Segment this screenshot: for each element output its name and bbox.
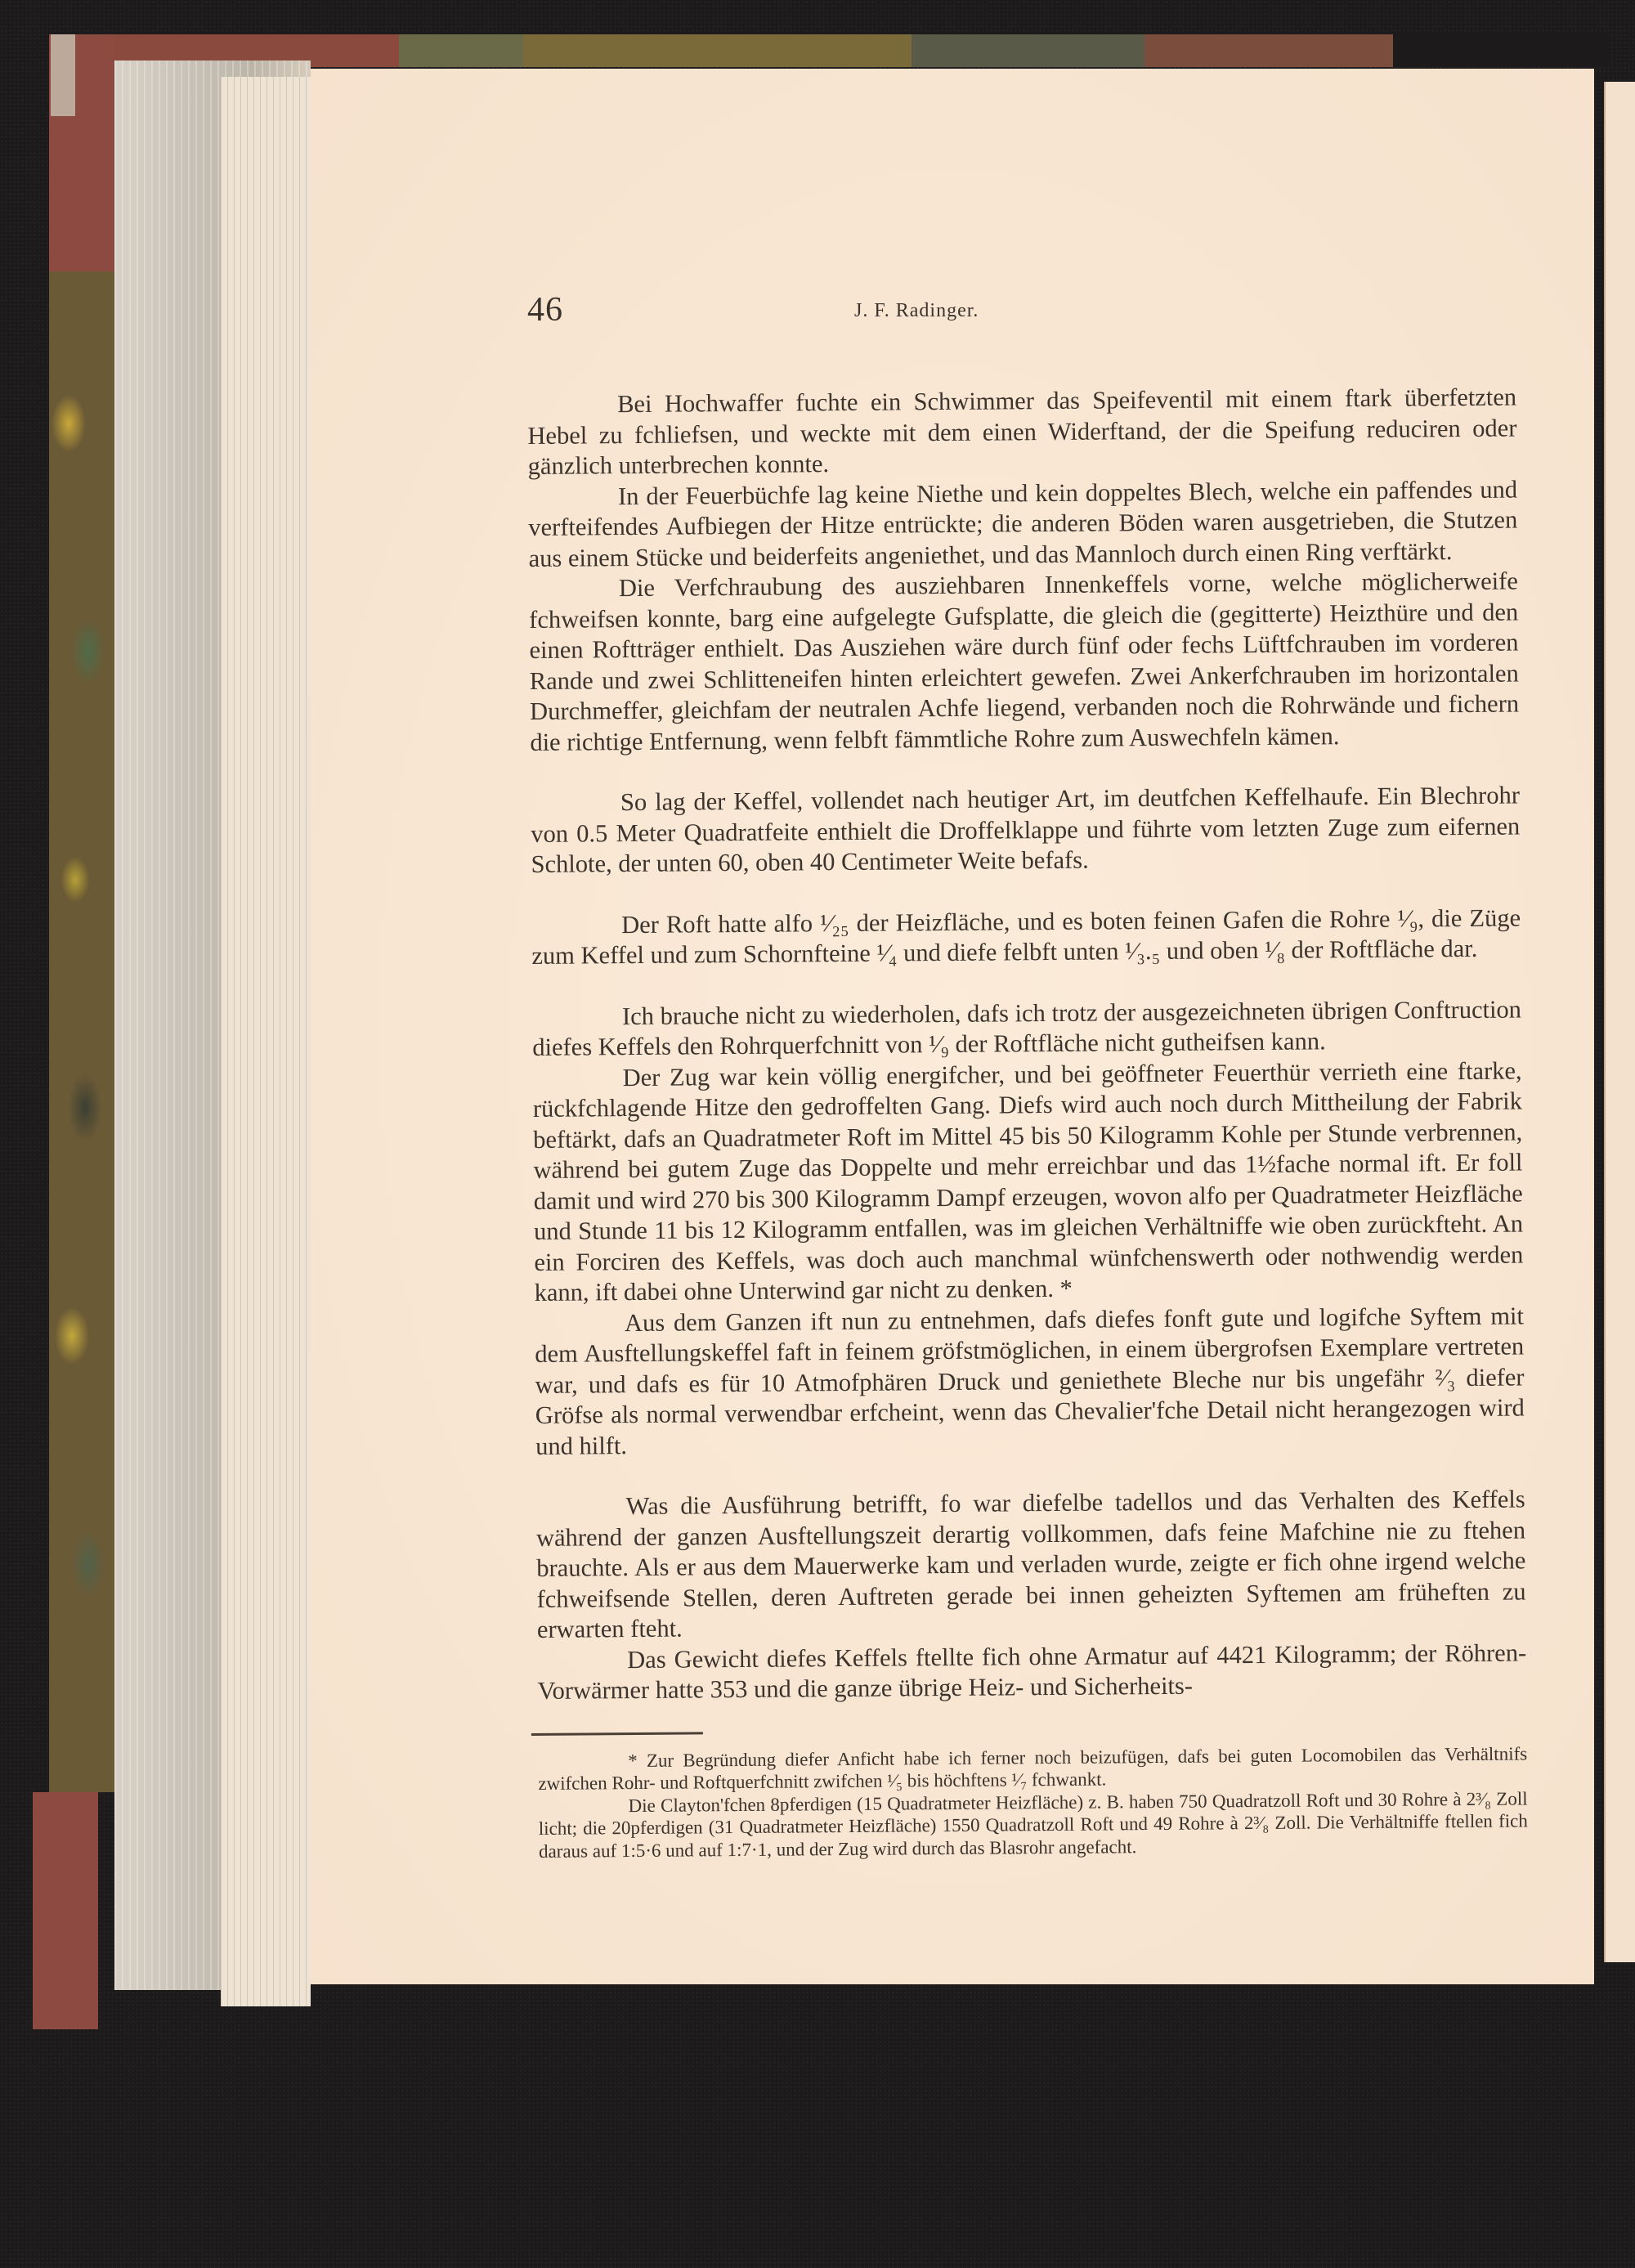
running-head: J. F. Radinger. [854, 300, 979, 322]
paragraph: Ich brauche nicht zu wiederholen, dafs i… [532, 994, 1522, 1064]
paragraph: Die Verfchraubung des ausziehbaren Innen… [529, 566, 1520, 757]
footnote: Die Clayton'fchen 8pferdigen (15 Quadrat… [538, 1787, 1528, 1862]
body-text: Bei Hochwaffer fuchte ein Schwimmer das … [527, 382, 1528, 1862]
worn-corner [51, 34, 75, 116]
paragraph: In der Feuerbüchfe lag keine Niethe und … [528, 474, 1518, 574]
facing-page-edge [1604, 82, 1635, 1962]
paragraph: Aus dem Ganzen ift nun zu entnehmen, daf… [535, 1301, 1525, 1462]
paragraph: Der Roft hatte alfo ¹⁄₂₅ der Heizfläche,… [531, 903, 1521, 972]
page-header: 46 J. F. Radinger. [527, 290, 1516, 339]
footnotes: * Zur Begründung diefer Anficht habe ich… [538, 1742, 1528, 1862]
page-edges-inner [221, 77, 311, 2006]
marbled-cover [49, 271, 114, 1792]
paragraph: Was die Ausführung betrifft, fo war dief… [536, 1484, 1526, 1645]
footnote-divider [531, 1732, 703, 1736]
paragraph: Das Gewicht diefes Keffels ftellte fich … [537, 1638, 1527, 1707]
paragraph: So lag der Keffel, vollendet nach heutig… [531, 780, 1521, 880]
paragraph: Bei Hochwaffer fuchte ein Schwimmer das … [527, 382, 1517, 482]
leather-spine-bottom [33, 1792, 98, 2029]
footnote: * Zur Begründung diefer Anficht habe ich… [538, 1742, 1527, 1795]
page-content: 46 J. F. Radinger. Bei Hochwaffer fuchte… [527, 290, 1516, 1862]
page-number: 46 [527, 290, 563, 329]
paragraph: Der Zug war kein völlig energifcher, und… [532, 1056, 1523, 1308]
